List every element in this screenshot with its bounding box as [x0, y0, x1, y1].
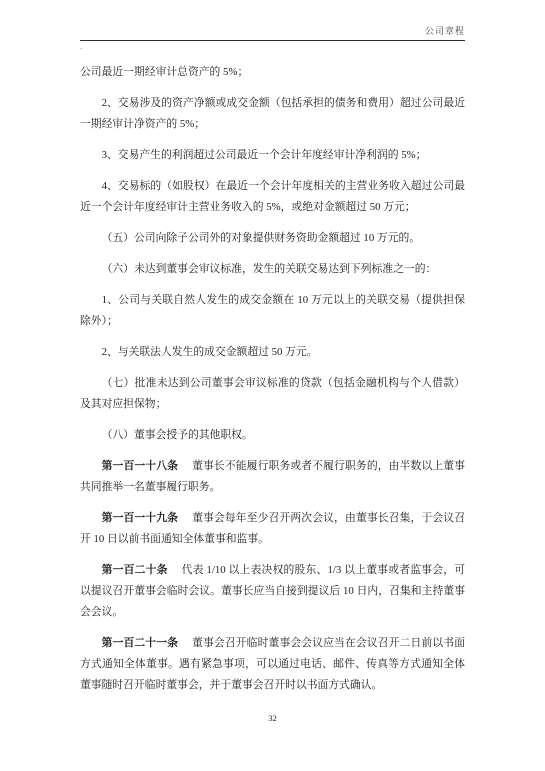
article-number: 第一百二十条	[102, 564, 168, 576]
paragraph: （六）未达到董事会审议标准，发生的关联交易达到下列标准之一的：	[80, 259, 465, 280]
paragraph-text: 1、公司与关联自然人发生的成交金额在 10 万元以上的关联交易（提供担保除外）；	[80, 294, 465, 327]
paragraph: 2、与关联法人发生的成交金额超过 50 万元。	[80, 342, 465, 363]
paragraph-text: （六）未达到董事会审议标准，发生的关联交易达到下列标准之一的：	[102, 263, 437, 275]
paragraph-text: （七）批准未达到公司董事会审议标准的贷款（包括金融机构与个人借款）及其对应担保物…	[80, 377, 465, 410]
document-page: 公司章程 . 公司最近一期经审计总资产的 5%； 2、交易涉及的资产净额或成交金…	[0, 0, 545, 771]
paragraph-text: 2、交易涉及的资产净额或成交金额（包括承担的债务和费用）超过公司最近一期经审计净…	[80, 97, 465, 130]
paragraph: （七）批准未达到公司董事会审议标准的贷款（包括金融机构与个人借款）及其对应担保物…	[80, 373, 465, 415]
article-number: 第一百二十一条	[102, 637, 178, 649]
paragraph-text: 4、交易标的（如股权）在最近一个会计年度相关的主营业务收入超过公司最近一个会计年…	[80, 180, 465, 213]
paragraph: 公司最近一期经审计总资产的 5%；	[80, 62, 465, 83]
paragraph-text: （八）董事会授予的其他职权。	[102, 429, 253, 441]
page-footer: 32	[0, 708, 545, 726]
stray-mark: .	[80, 42, 83, 52]
paragraph-text: 3、交易产生的利润超过公司最近一个会计年度经审计净利润的 5%；	[102, 149, 427, 161]
paragraph-text: 公司最近一期经审计总资产的 5%；	[80, 66, 248, 78]
paragraph: 2、交易涉及的资产净额或成交金额（包括承担的债务和费用）超过公司最近一期经审计净…	[80, 93, 465, 135]
article-number: 第一百一十八条	[102, 460, 178, 472]
paragraph-text: （五）公司向除子公司外的对象提供财务资助金额超过 10 万元的。	[102, 232, 421, 244]
paragraph: （五）公司向除子公司外的对象提供财务资助金额超过 10 万元的。	[80, 228, 465, 249]
header-title: 公司章程	[425, 24, 465, 37]
paragraph: （八）董事会授予的其他职权。	[80, 425, 465, 446]
article-number: 第一百一十九条	[102, 512, 178, 524]
page-header: 公司章程	[80, 0, 465, 41]
paragraph-text: 2、与关联法人发生的成交金额超过 50 万元。	[102, 346, 318, 358]
page-number: 32	[268, 713, 277, 723]
article-paragraph: 第一百一十八条董事长不能履行职务或者不履行职务的，由半数以上董事共同推举一名董事…	[80, 456, 465, 498]
document-body: 公司最近一期经审计总资产的 5%； 2、交易涉及的资产净额或成交金额（包括承担的…	[80, 62, 465, 706]
paragraph: 3、交易产生的利润超过公司最近一个会计年度经审计净利润的 5%；	[80, 145, 465, 166]
article-paragraph: 第一百二十一条董事会召开临时董事会会议应当在会议召开二日前以书面方式通知全体董事…	[80, 633, 465, 696]
article-paragraph: 第一百二十条代表 1/10 以上表决权的股东、1/3 以上董事或者监事会，可以提…	[80, 560, 465, 623]
paragraph: 4、交易标的（如股权）在最近一个会计年度相关的主营业务收入超过公司最近一个会计年…	[80, 176, 465, 218]
paragraph: 1、公司与关联自然人发生的成交金额在 10 万元以上的关联交易（提供担保除外）；	[80, 290, 465, 332]
article-paragraph: 第一百一十九条董事会每年至少召开两次会议，由董事长召集，于会议召开 10 日以前…	[80, 508, 465, 550]
